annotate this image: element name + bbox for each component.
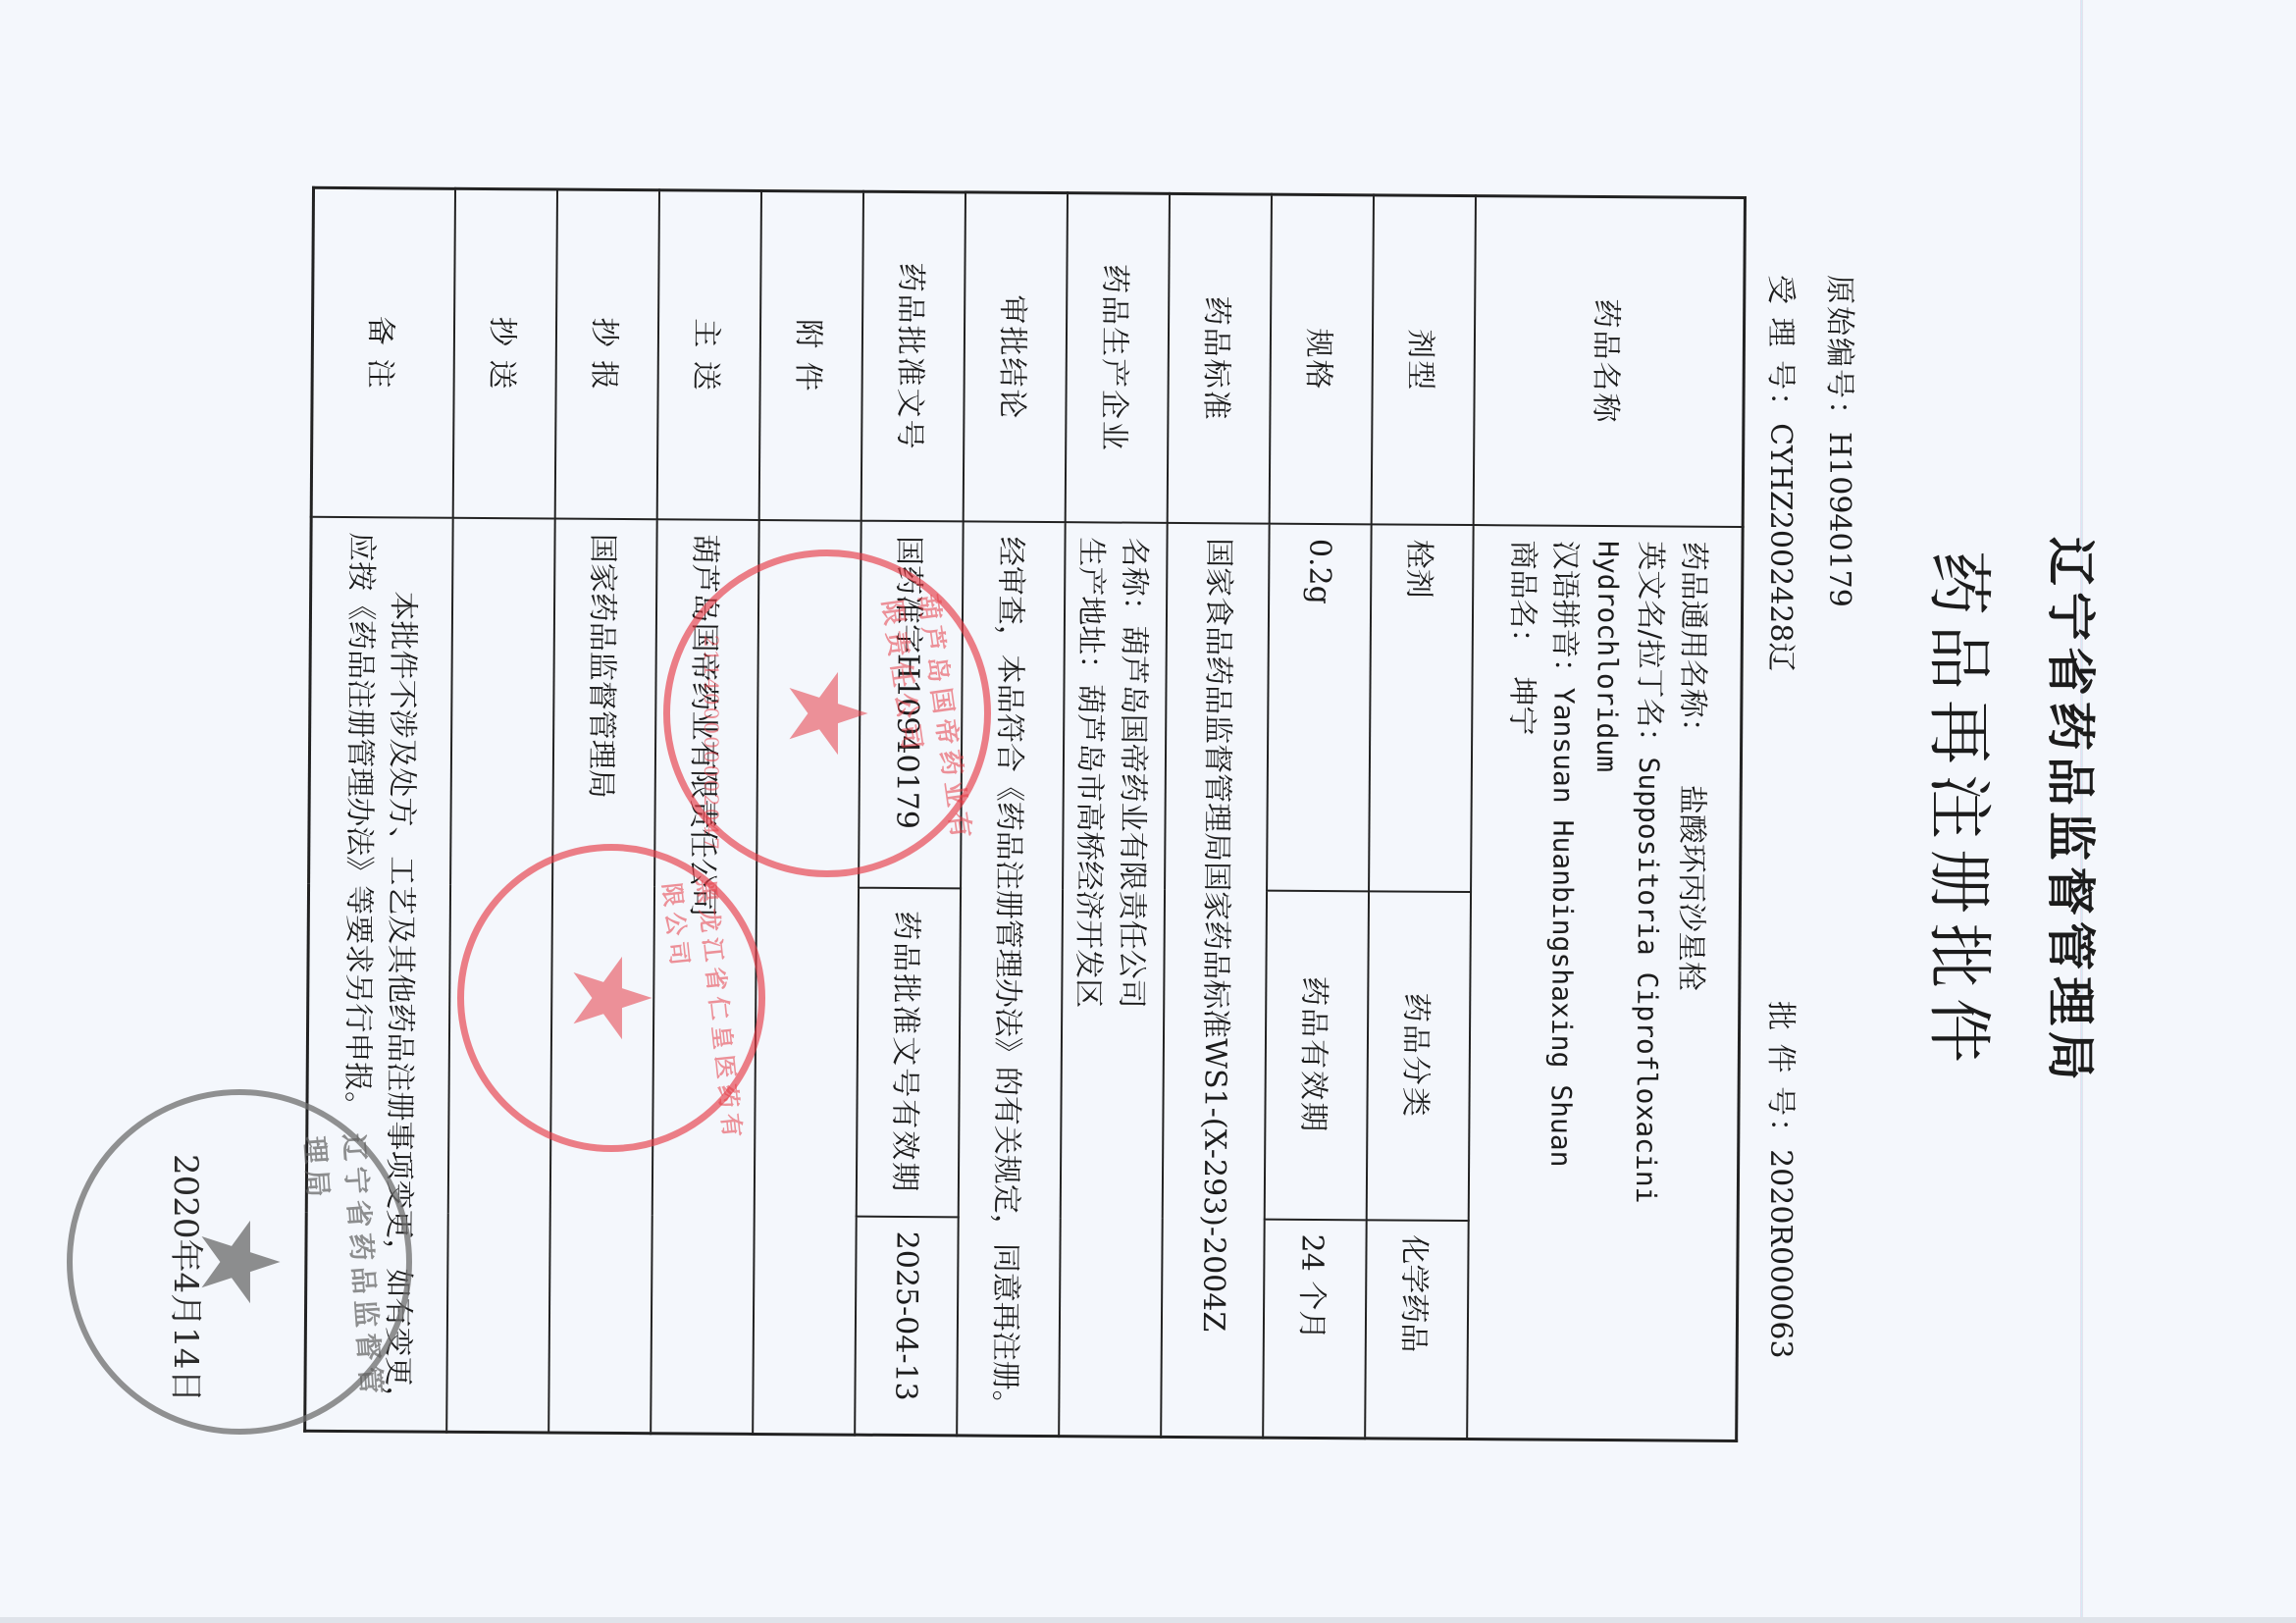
generic-name-value: 盐酸环丙沙星栓 bbox=[1673, 785, 1708, 991]
approval-no-label: 药品批准文号 bbox=[861, 191, 965, 521]
category-label: 药品分类 bbox=[1367, 891, 1471, 1221]
pinyin-value: Yansuan Huanbingshaxing Shuan bbox=[1544, 688, 1580, 1168]
agency-seal-text: 辽宁省药品监督管理局 bbox=[296, 1132, 395, 1432]
table-row-drug-name: 药品名称 药品通用名称： 盐酸环丙沙星栓 英文名/拉丁名：Suppositori… bbox=[1467, 196, 1745, 1441]
dosage-form-label: 剂型 bbox=[1372, 195, 1476, 525]
table-row-manufacturer: 药品生产企业 名称：葫芦岛国帝药业有限责任公司 生产地址：葫芦岛市高桥经济开发区 bbox=[1059, 193, 1170, 1438]
original-number: 原始编号：H10940179 bbox=[1821, 275, 1864, 607]
specification-value: 0.2g bbox=[1267, 524, 1372, 891]
table-row-spec: 规格 0.2g 药品有效期 24 个月 bbox=[1263, 194, 1374, 1439]
copy-to-label: 抄 送 bbox=[453, 188, 557, 518]
manufacturer-name-value: 葫芦岛国帝药业有限责任公司 bbox=[1114, 626, 1151, 1009]
company-seal-number: 211400000002047 bbox=[700, 635, 723, 852]
category-value: 化学药品 bbox=[1365, 1220, 1469, 1440]
approval-document: 辽宁省药品监督管理局 药品再注册批件 原始编号：H10940179 受 理 号：… bbox=[0, 0, 2296, 1623]
attachment-label: 附 件 bbox=[759, 190, 863, 520]
seal-star-icon: ★ bbox=[557, 950, 665, 1047]
trade-name-label: 商品名： bbox=[1504, 540, 1539, 657]
approval-validity-value: 2025-04-13 bbox=[855, 1216, 959, 1436]
original-number-label: 原始编号： bbox=[1822, 275, 1856, 432]
seal-star-icon: ★ bbox=[773, 665, 881, 762]
manufacturer-values: 名称：葫芦岛国帝药业有限责任公司 生产地址：葫芦岛市高桥经济开发区 bbox=[1059, 522, 1168, 1437]
conclusion-label: 审批结论 bbox=[964, 192, 1068, 522]
main-recipient-label: 主 送 bbox=[657, 190, 761, 520]
approval-number-label: 批 件 号： bbox=[1763, 1001, 1798, 1149]
shelf-life-label: 药品有效期 bbox=[1265, 890, 1369, 1220]
report-to-label: 抄 报 bbox=[555, 189, 659, 519]
dosage-form-value: 栓剂 bbox=[1369, 524, 1474, 891]
specification-label: 规格 bbox=[1270, 194, 1374, 524]
manufacturer-address-value: 葫芦岛市高桥经济开发区 bbox=[1070, 684, 1107, 1008]
approval-number: 批 件 号：2020R000063 bbox=[1762, 1001, 1805, 1359]
approval-number-value: 2020R000063 bbox=[1763, 1149, 1798, 1358]
company-seal-text: 葫芦岛国帝药业有限责任公司 bbox=[875, 592, 985, 874]
pinyin-label: 汉语拼音： bbox=[1547, 541, 1583, 688]
english-name-label: 英文名/拉丁名： bbox=[1632, 541, 1668, 757]
distributor-seal: ★ 黑龙江省仁皇医药有限公司 bbox=[457, 844, 765, 1152]
manufacturer-name-label: 名称： bbox=[1117, 538, 1152, 626]
drug-name-values: 药品通用名称： 盐酸环丙沙星栓 英文名/拉丁名：Suppositoria Cip… bbox=[1467, 525, 1743, 1440]
agency-seal: ★ 辽宁省药品监督管理局 2020年4月14日 bbox=[67, 1089, 412, 1435]
manufacturer-label: 药品生产企业 bbox=[1066, 193, 1170, 523]
original-number-value: H10940179 bbox=[1822, 432, 1856, 607]
distributor-seal-text: 黑龙江省仁皇医药有限公司 bbox=[656, 877, 753, 1148]
acceptance-number-value: CYHZ2002428辽 bbox=[1763, 423, 1798, 671]
seal-date: 2020年4月14日 bbox=[165, 1154, 213, 1402]
approval-table: 药品名称 药品通用名称： 盐酸环丙沙星栓 英文名/拉丁名：Suppositori… bbox=[303, 186, 1747, 1442]
table-row-report-to: 抄 报 国家药品监督管理局 bbox=[548, 189, 659, 1434]
manufacturer-address-label: 生产地址： bbox=[1073, 537, 1109, 684]
agency-name: 辽宁省药品监督管理局 bbox=[2039, 0, 2110, 1623]
standard-value: 国家食品药品监督管理局国家药品标准WS1-(X-293)-2004Z bbox=[1161, 523, 1270, 1438]
table-row-copy-to: 抄 送 bbox=[446, 188, 557, 1433]
remarks-label: 备 注 bbox=[311, 187, 455, 518]
drug-name-label: 药品名称 bbox=[1474, 196, 1746, 527]
document-title: 药品再注册批件 bbox=[1918, 0, 2011, 1623]
table-row-dosage: 剂型 栓剂 药品分类 化学药品 bbox=[1365, 195, 1476, 1440]
approval-validity-label: 药品批准文号有效期 bbox=[857, 887, 961, 1217]
acceptance-number: 受 理 号：CYHZ2002428辽 bbox=[1762, 275, 1805, 671]
shelf-life-value: 24 个月 bbox=[1263, 1219, 1367, 1439]
standard-label: 药品标准 bbox=[1168, 193, 1272, 523]
acceptance-number-label: 受 理 号： bbox=[1763, 275, 1798, 423]
generic-name-label: 药品通用名称： bbox=[1675, 542, 1710, 748]
company-seal: ★ 葫芦岛国帝药业有限责任公司 211400000002047 bbox=[663, 550, 991, 877]
table-row-standard: 药品标准 国家食品药品监督管理局国家药品标准WS1-(X-293)-2004Z bbox=[1161, 193, 1272, 1438]
trade-name-value: 坤宁 bbox=[1504, 676, 1539, 735]
